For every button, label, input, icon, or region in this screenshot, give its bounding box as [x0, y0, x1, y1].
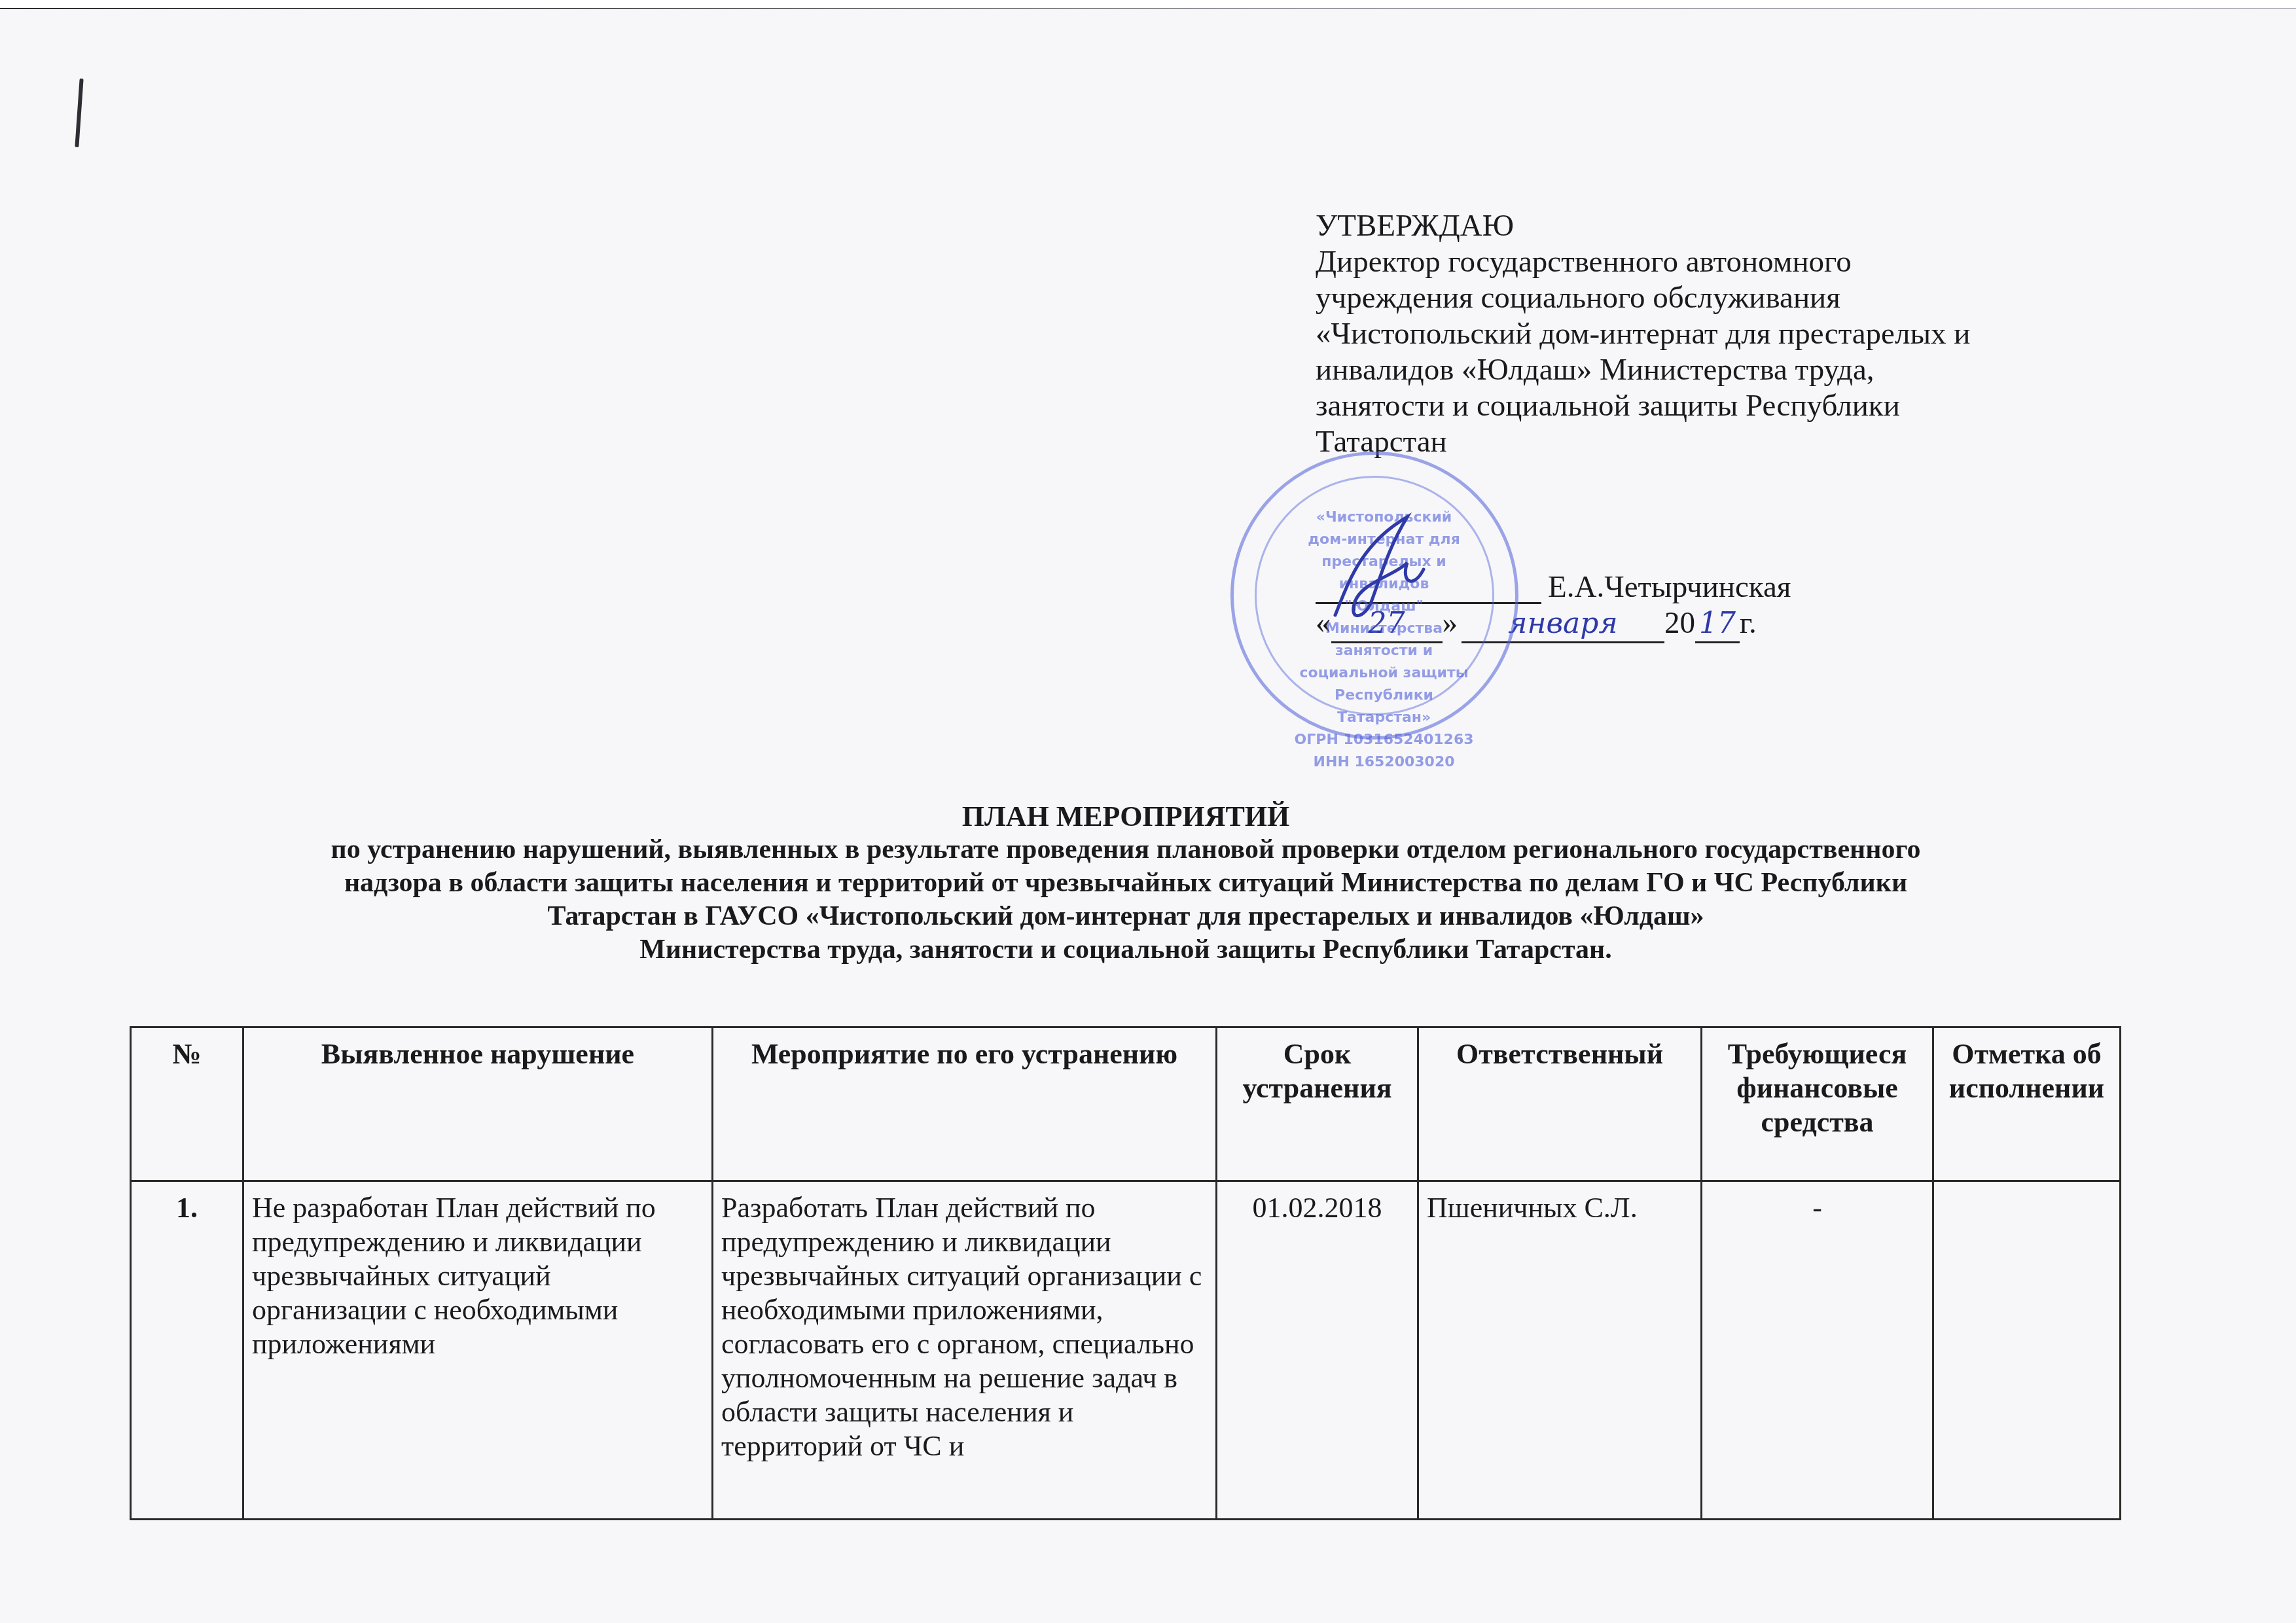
staple-mark [75, 79, 83, 147]
date-year-prefix: 20 [1664, 606, 1695, 640]
title-subline: Татарстан в ГАУСО «Чистопольский дом-инт… [131, 900, 2121, 933]
header-funds: Требующиеся финансовые средства [1702, 1027, 1933, 1181]
title-main: ПЛАН МЕРОПРИЯТИЙ [131, 800, 2121, 833]
stamp-line: престарелых и инвалидов [1286, 551, 1482, 596]
header-deadline: Срок устранения [1217, 1027, 1418, 1181]
signatory-name: Е.А.Четырчинская [1548, 569, 1791, 605]
approval-line: Директор государственного автономного [1316, 244, 2186, 280]
approval-line: «Чистопольский дом-интернат для престаре… [1316, 316, 2186, 352]
approval-line: инвалидов «Юлдаш» Министерства труда, [1316, 352, 2186, 388]
scan-edge [0, 0, 2296, 9]
approval-line: занятости и социальной защиты Республики [1316, 388, 2186, 424]
cell-completion-mark [1933, 1181, 2121, 1520]
title-subline: Министерства труда, занятости и социальн… [131, 933, 2121, 967]
cell-violation: Не разработан План действий по предупреж… [243, 1181, 713, 1520]
cell-responsible: Пшеничных С.Л. [1418, 1181, 1702, 1520]
cell-measure: Разработать План действий по предупрежде… [713, 1181, 1217, 1520]
header-completion: Отметка об исполнении [1933, 1027, 2121, 1181]
stamp-line: занятости и социальной защиты [1286, 640, 1482, 685]
header-violation: Выявленное нарушение [243, 1027, 713, 1181]
stamp-text: «Чистопольский дом-интернат для престаре… [1286, 507, 1482, 774]
approval-heading: УТВЕРЖДАЮ [1316, 208, 2186, 244]
date-year-suffix: 17 [1695, 605, 1740, 643]
cell-number: 1. [131, 1181, 243, 1520]
approval-line: Татарстан [1316, 424, 2186, 460]
stamp-line: "Юлдаш" Министерства [1286, 596, 1482, 640]
stamp-line: ОГРН 1031652401263 [1286, 729, 1482, 751]
stamp-line: дом-интернат для [1286, 529, 1482, 551]
header-number: № [131, 1027, 243, 1181]
header-measure: Мероприятие по его устранению [713, 1027, 1217, 1181]
title-subline: надзора в области защиты населения и тер… [131, 866, 2121, 900]
cell-funds: - [1702, 1181, 1933, 1520]
table-row: 1. Не разработан План действий по предуп… [131, 1181, 2121, 1520]
stamp-line: ИНН 1652003020 [1286, 751, 1482, 774]
title-subline: по устранению нарушений, выявленных в ре… [131, 833, 2121, 866]
stamp-line: «Чистопольский [1286, 507, 1482, 529]
approval-block: УТВЕРЖДАЮ Директор государственного авто… [1316, 208, 2186, 460]
measures-table: № Выявленное нарушение Мероприятие по ег… [130, 1026, 2121, 1520]
official-stamp: «Чистопольский дом-интернат для престаре… [1212, 433, 1537, 758]
table-header-row: № Выявленное нарушение Мероприятие по ег… [131, 1027, 2121, 1181]
document-title: ПЛАН МЕРОПРИЯТИЙ по устранению нарушений… [131, 800, 2121, 967]
stamp-line: Республики Татарстан» [1286, 685, 1482, 729]
approval-line: учреждения социального обслуживания [1316, 280, 2186, 316]
date-year-unit: г. [1740, 606, 1757, 640]
cell-deadline: 01.02.2018 [1217, 1181, 1418, 1520]
header-responsible: Ответственный [1418, 1027, 1702, 1181]
